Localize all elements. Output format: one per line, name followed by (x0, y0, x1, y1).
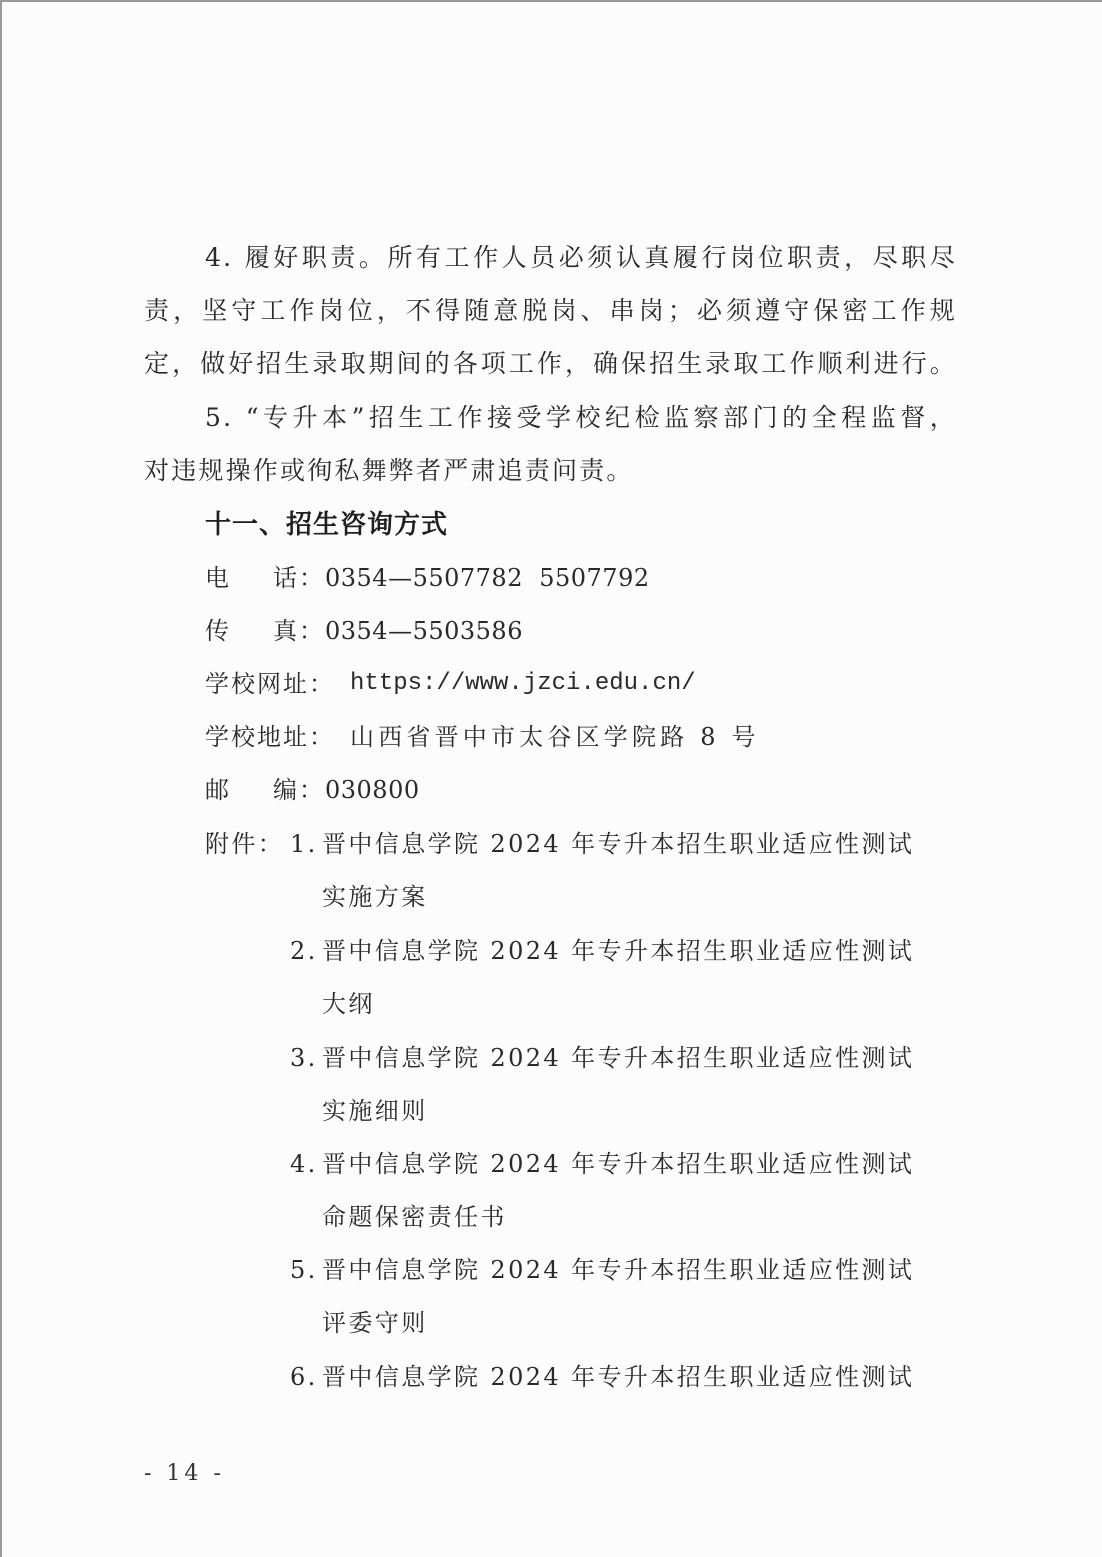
attachment-2-title-cont[interactable]: 大纲 (322, 988, 375, 1020)
contact-address: 学校地址： 山西省晋中市太谷区学院路 8 号 (205, 721, 760, 753)
document-page: 4. 履好职责。所有工作人员必须认真履行岗位职责，尽职尽 责，坚守工作岗位，不得… (0, 0, 1102, 1557)
paragraph-4-line-2: 责，坚守工作岗位，不得随意脱岗、串岗；必须遵守保密工作规 (144, 295, 957, 327)
contact-fax-label: 传 真： (205, 615, 325, 647)
contact-postcode-value: 030800 (325, 774, 420, 806)
contact-website: 学校网址： https://www.jzci.edu.cn/ (205, 668, 696, 700)
contact-fax: 传 真： 0354—5503586 (205, 615, 523, 647)
attachment-4-title-cont[interactable]: 命题保密责任书 (322, 1201, 507, 1233)
attachment-5-title-cont[interactable]: 评委守则 (322, 1307, 428, 1339)
attachment-5-title[interactable]: 5.晋中信息学院 2024 年专升本招生职业适应性测试 (290, 1254, 914, 1286)
attachment-1-title[interactable]: 1.晋中信息学院 2024 年专升本招生职业适应性测试 (290, 828, 914, 860)
paragraph-4-line-1: 4. 履好职责。所有工作人员必须认真履行岗位职责，尽职尽 (205, 242, 957, 274)
contact-website-label: 学校网址： (205, 668, 350, 700)
attachment-2-title[interactable]: 2.晋中信息学院 2024 年专升本招生职业适应性测试 (290, 935, 914, 967)
attachments-label: 附件： (205, 828, 284, 860)
contact-fax-value: 0354—5503586 (325, 615, 523, 647)
paragraph-5-line-2: 对违规操作或徇私舞弊者严肃追责问责。 (144, 455, 634, 487)
contact-website-link[interactable]: https://www.jzci.edu.cn/ (350, 668, 696, 700)
contact-phone: 电 话： 0354—5507782 5507792 (205, 562, 650, 594)
section-heading-consultation: 十一、招生咨询方式 (205, 509, 448, 541)
paragraph-4-line-3: 定，做好招生录取期间的各项工作，确保招生录取工作顺利进行。 (144, 348, 957, 380)
paragraph-5-line-1: 5. “专升本”招生工作接受学校纪检监察部门的全程监督， (205, 402, 957, 434)
attachment-3-title[interactable]: 3.晋中信息学院 2024 年专升本招生职业适应性测试 (290, 1042, 914, 1074)
contact-phone-value: 0354—5507782 5507792 (325, 562, 650, 594)
contact-address-value: 山西省晋中市太谷区学院路 8 号 (350, 721, 760, 753)
attachment-3-title-cont[interactable]: 实施细则 (322, 1095, 428, 1127)
page-number: - 14 - (144, 1460, 225, 1488)
attachment-4-title[interactable]: 4.晋中信息学院 2024 年专升本招生职业适应性测试 (290, 1148, 914, 1180)
contact-address-label: 学校地址： (205, 721, 350, 753)
attachment-1-title-cont[interactable]: 实施方案 (322, 881, 428, 913)
contact-postcode: 邮 编： 030800 (205, 774, 420, 806)
contact-phone-label: 电 话： (205, 562, 325, 594)
contact-postcode-label: 邮 编： (205, 774, 325, 806)
attachment-6-title[interactable]: 6.晋中信息学院 2024 年专升本招生职业适应性测试 (290, 1361, 914, 1393)
